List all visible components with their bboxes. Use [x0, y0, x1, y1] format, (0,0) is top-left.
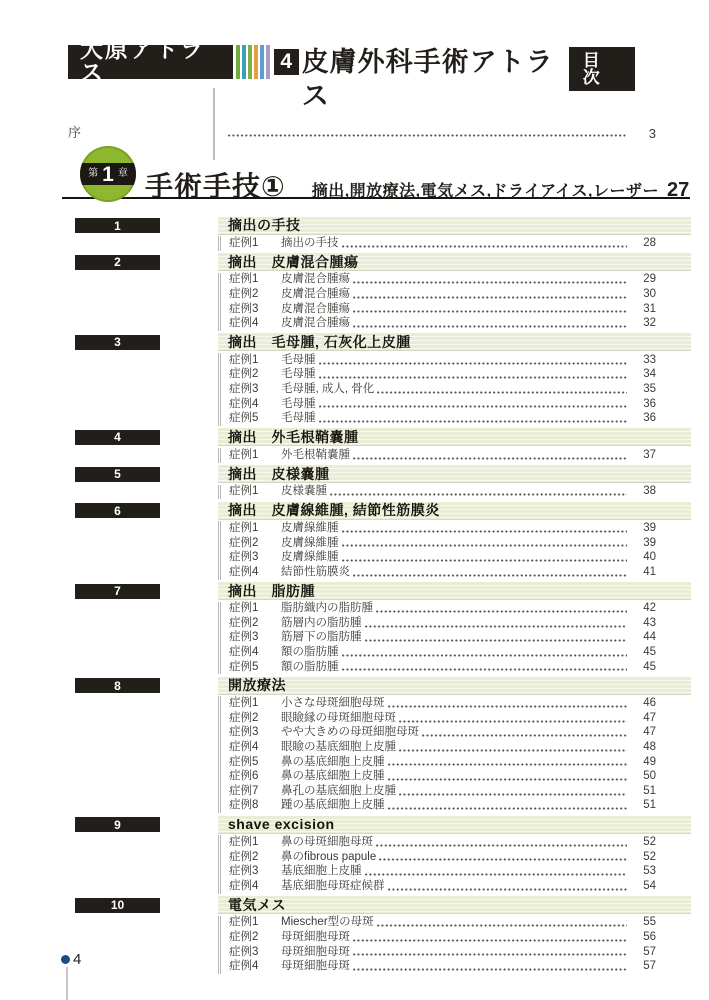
section-header: 6 摘出 皮膚線維腫, 結節性筋膜炎 [75, 502, 709, 519]
header-bar: 大原アトラス 4 皮膚外科手術アトラス 目次 [68, 45, 709, 113]
section-title-band: 摘出の手技 [218, 217, 691, 235]
brand-title: 大原アトラス [68, 45, 233, 79]
dotted-leader [352, 280, 627, 285]
case-page: 39 [632, 537, 656, 551]
cases-list: 症例1 皮膚線維腫 39 症例2 皮膚線維腫 39 症例3 皮膚線維腫 40 症… [218, 521, 656, 579]
section-title-band: 電気メス [218, 896, 691, 914]
section-title-band: 摘出 外毛根鞘嚢腫 [218, 428, 691, 446]
case-title: 毛母腫 [281, 412, 316, 426]
section-title: 開放療法 [228, 678, 286, 692]
case-row: 症例1 外毛根鞘嚢腫 37 [229, 448, 656, 463]
brand-stripe [236, 45, 240, 79]
case-title: 母斑細胞母斑 [281, 946, 350, 960]
case-label: 症例1 [229, 237, 281, 251]
case-title: 皮膚混合腫瘍 [281, 288, 350, 302]
section-number-badge: 4 [75, 430, 160, 445]
case-row: 症例1 毛母腫 33 [229, 353, 656, 368]
case-row: 症例2 母斑細胞母斑 56 [229, 930, 656, 945]
case-row: 症例3 毛母腫, 成人, 骨化 35 [229, 382, 656, 397]
toc-section: 6 摘出 皮膚線維腫, 結節性筋膜炎 症例1 皮膚線維腫 39 症例2 皮膚線維… [0, 502, 709, 579]
case-row: 症例2 皮膚線維腫 39 [229, 536, 656, 551]
case-title: 踵の基底細胞上皮腫 [281, 799, 385, 813]
section-header: 7 摘出 脂肪腫 [75, 583, 709, 600]
toc-section: 5 摘出 皮様嚢腫 症例1 皮様嚢腫 38 [0, 466, 709, 500]
cases-list: 症例1 摘出の手技 28 [218, 236, 656, 251]
case-title: 皮膚線維腫 [281, 522, 339, 536]
case-title: 皮膚線維腫 [281, 537, 339, 551]
section-number-badge: 5 [75, 467, 160, 482]
case-label: 症例4 [229, 741, 281, 755]
section-header: 1 摘出の手技 [75, 217, 709, 234]
brand-stripe [260, 45, 264, 79]
case-label: 症例5 [229, 661, 281, 675]
chapter-badge-prefix: 第 [88, 169, 98, 179]
case-label: 症例2 [229, 537, 281, 551]
case-label: 症例4 [229, 880, 281, 894]
case-row: 症例3 皮膚混合腫瘍 31 [229, 302, 656, 317]
case-label: 症例1 [229, 522, 281, 536]
case-title: 毛母腫 [281, 368, 316, 382]
case-title: 毛母腫 [281, 398, 316, 412]
dotted-leader [375, 609, 627, 614]
dotted-leader [352, 295, 627, 300]
case-label: 症例1 [229, 354, 281, 368]
case-page: 31 [632, 303, 656, 317]
case-row: 症例4 結節性筋膜炎 41 [229, 565, 656, 580]
dotted-leader [341, 543, 628, 548]
case-title: 毛母腫, 成人, 骨化 [281, 383, 374, 397]
case-label: 症例2 [229, 931, 281, 945]
section-header: 5 摘出 皮様嚢腫 [75, 466, 709, 483]
dotted-leader [341, 529, 628, 534]
case-page: 28 [632, 237, 656, 251]
case-page: 43 [632, 617, 656, 631]
case-title: 結節性筋膜炎 [281, 566, 350, 580]
section-title: 摘出 皮膚線維腫, 結節性筋膜炎 [228, 503, 440, 517]
section-title: 摘出 外毛根鞘嚢腫 [228, 430, 359, 444]
case-page: 29 [632, 273, 656, 287]
section-number-badge: 2 [75, 255, 160, 270]
dotted-leader [387, 806, 628, 811]
dotted-leader [375, 843, 627, 848]
dotted-leader [364, 638, 628, 643]
dotted-leader [387, 777, 628, 782]
section-header: 3 摘出 毛母腫, 石灰化上皮腫 [75, 334, 709, 351]
case-label: 症例3 [229, 631, 281, 645]
case-label: 症例2 [229, 851, 281, 865]
toc-badge: 目次 [569, 47, 635, 91]
case-title: 皮膚混合腫瘍 [281, 303, 350, 317]
case-title: 鼻の基底細胞上皮腫 [281, 756, 385, 770]
case-title: 鼻の母斑細胞母斑 [281, 836, 373, 850]
section-header: 8 開放療法 [75, 677, 709, 694]
brand-stripe [248, 45, 252, 79]
case-row: 症例3 皮膚線維腫 40 [229, 550, 656, 565]
case-page: 41 [632, 566, 656, 580]
case-label: 症例5 [229, 412, 281, 426]
page-marker-dot-icon [61, 955, 70, 964]
section-header: 2 摘出 皮膚混合腫瘍 [75, 254, 709, 271]
chapter-rule [62, 197, 690, 199]
case-row: 症例6 鼻の基底細胞上皮腫 50 [229, 769, 656, 784]
section-title: 摘出の手技 [228, 218, 301, 232]
preface-row: 序 3 [68, 125, 656, 141]
chapter-heading: 第 1 章 手術手技① 摘出,開放療法,電気メス,ドライアイス,レーザー 27 [68, 149, 709, 201]
section-number-badge: 1 [75, 218, 160, 233]
case-label: 症例6 [229, 770, 281, 784]
case-page: 57 [632, 960, 656, 974]
dotted-leader [352, 573, 627, 578]
section-number-badge: 9 [75, 817, 160, 832]
dotted-leader [352, 967, 627, 972]
case-label: 症例1 [229, 916, 281, 930]
case-label: 症例1 [229, 602, 281, 616]
cases-list: 症例1 Miescher型の母斑 55 症例2 母斑細胞母斑 56 症例3 母斑… [218, 916, 656, 974]
brand-stripes [236, 45, 270, 79]
case-label: 症例2 [229, 712, 281, 726]
case-row: 症例4 基底細胞母斑症候群 54 [229, 879, 656, 894]
toc-section: 1 摘出の手技 症例1 摘出の手技 28 [0, 217, 709, 251]
cases-list: 症例1 毛母腫 33 症例2 毛母腫 34 症例3 毛母腫, 成人, 骨化 35… [218, 353, 656, 426]
toc-section: 7 摘出 脂肪腫 症例1 脂肪織内の脂肪腫 42 症例2 筋層内の脂肪腫 43 … [0, 583, 709, 675]
case-label: 症例4 [229, 398, 281, 412]
case-page: 44 [632, 631, 656, 645]
case-row: 症例2 筋層内の脂肪腫 43 [229, 616, 656, 631]
dotted-leader [352, 324, 627, 329]
cases-list: 症例1 小さな母斑細胞母斑 46 症例2 眼瞼縁の母斑細胞母斑 47 症例3 や… [218, 696, 656, 813]
cases-list: 症例1 脂肪織内の脂肪腫 42 症例2 筋層内の脂肪腫 43 症例3 筋層下の脂… [218, 602, 656, 675]
case-title: 母斑細胞母斑 [281, 931, 350, 945]
chapter-badge-suffix: 章 [118, 169, 128, 179]
case-label: 症例1 [229, 485, 281, 499]
case-row: 症例1 Miescher型の母斑 55 [229, 916, 656, 931]
case-label: 症例5 [229, 756, 281, 770]
cases-list: 症例1 皮様嚢腫 38 [218, 485, 656, 500]
case-row: 症例1 皮膚線維腫 39 [229, 521, 656, 536]
section-number-badge: 8 [75, 678, 160, 693]
case-label: 症例1 [229, 836, 281, 850]
case-label: 症例1 [229, 273, 281, 287]
case-title: やや大きめの母斑細胞母斑 [281, 726, 419, 740]
case-page: 53 [632, 865, 656, 879]
chapter-badge: 第 1 章 [80, 146, 136, 202]
toc-section: 3 摘出 毛母腫, 石灰化上皮腫 症例1 毛母腫 33 症例2 毛母腫 34 症… [0, 334, 709, 426]
case-label: 症例3 [229, 551, 281, 565]
section-title-band: 摘出 皮様嚢腫 [218, 465, 691, 483]
case-label: 症例3 [229, 946, 281, 960]
case-page: 35 [632, 383, 656, 397]
section-header: 9 shave excision [75, 816, 709, 833]
case-page: 45 [632, 646, 656, 660]
dotted-leader [352, 938, 627, 943]
case-label: 症例4 [229, 317, 281, 331]
case-label: 症例3 [229, 303, 281, 317]
case-page: 42 [632, 602, 656, 616]
case-page: 36 [632, 412, 656, 426]
case-page: 57 [632, 946, 656, 960]
case-label: 症例4 [229, 646, 281, 660]
dotted-leader [376, 390, 627, 395]
case-row: 症例2 皮膚混合腫瘍 30 [229, 287, 656, 302]
case-row: 症例3 筋層下の脂肪腫 44 [229, 631, 656, 646]
case-row: 症例8 踵の基底細胞上皮腫 51 [229, 799, 656, 814]
case-title: 脂肪織内の脂肪腫 [281, 602, 373, 616]
section-title-band: 摘出 脂肪腫 [218, 582, 691, 600]
case-title: 毛母腫 [281, 354, 316, 368]
case-row: 症例5 毛母腫 36 [229, 411, 656, 426]
section-title-band: 摘出 皮膚線維腫, 結節性筋膜炎 [218, 502, 691, 520]
case-row: 症例4 母斑細胞母斑 57 [229, 959, 656, 974]
dotted-leader [352, 456, 627, 461]
chapter-badge-number: 1 [102, 164, 114, 185]
section-number-badge: 10 [75, 898, 160, 913]
footer: 4 [61, 951, 81, 968]
chapter-badge-band: 第 1 章 [80, 163, 136, 185]
dotted-leader [227, 133, 627, 138]
case-row: 症例4 皮膚混合腫瘍 32 [229, 316, 656, 331]
case-row: 症例3 やや大きめの母斑細胞母斑 47 [229, 726, 656, 741]
case-label: 症例4 [229, 960, 281, 974]
cases-list: 症例1 皮膚混合腫瘍 29 症例2 皮膚混合腫瘍 30 症例3 皮膚混合腫瘍 3… [218, 273, 656, 331]
case-title: 鼻の基底細胞上皮腫 [281, 770, 385, 784]
case-label: 症例8 [229, 799, 281, 813]
case-title: 皮様嚢腫 [281, 485, 327, 499]
section-title-band: 摘出 皮膚混合腫瘍 [218, 253, 691, 271]
case-row: 症例5 額の脂肪腫 45 [229, 660, 656, 675]
case-row: 症例2 毛母腫 34 [229, 368, 656, 383]
case-row: 症例1 皮様嚢腫 38 [229, 485, 656, 500]
case-label: 症例2 [229, 368, 281, 382]
case-row: 症例3 基底細胞上皮腫 53 [229, 864, 656, 879]
brand-stripe [254, 45, 258, 79]
case-page: 54 [632, 880, 656, 894]
case-page: 37 [632, 449, 656, 463]
dotted-leader [341, 667, 628, 672]
preface-label: 序 [68, 122, 225, 141]
case-label: 症例4 [229, 566, 281, 580]
dotted-leader [376, 923, 627, 928]
case-page: 40 [632, 551, 656, 565]
case-row: 症例2 眼瞼縁の母斑細胞母斑 47 [229, 711, 656, 726]
case-page: 49 [632, 756, 656, 770]
dotted-leader [318, 404, 628, 409]
case-row: 症例3 母斑細胞母斑 57 [229, 945, 656, 960]
dotted-leader [387, 887, 628, 892]
case-title: 筋層内の脂肪腫 [281, 617, 362, 631]
case-page: 39 [632, 522, 656, 536]
case-page: 33 [632, 354, 656, 368]
case-page: 34 [632, 368, 656, 382]
dotted-leader [341, 558, 628, 563]
case-label: 症例3 [229, 726, 281, 740]
section-title: 摘出 皮様嚢腫 [228, 467, 330, 481]
case-title: 額の脂肪腫 [281, 646, 339, 660]
dotted-leader [352, 952, 627, 957]
section-title: shave excision [228, 817, 335, 831]
case-row: 症例1 小さな母斑細胞母斑 46 [229, 696, 656, 711]
dotted-leader [421, 733, 627, 738]
section-title: 摘出 脂肪腫 [228, 584, 315, 598]
case-page: 52 [632, 836, 656, 850]
toc-sections: 1 摘出の手技 症例1 摘出の手技 28 2 摘出 皮膚混合腫瘍 症例1 皮膚混… [0, 217, 709, 974]
case-page: 32 [632, 317, 656, 331]
dotted-leader [364, 624, 628, 629]
case-title: 眼瞼の基底細胞上皮腫 [281, 741, 396, 755]
section-number-badge: 7 [75, 584, 160, 599]
case-title: 基底細胞上皮腫 [281, 865, 362, 879]
preface-page: 3 [632, 126, 656, 141]
case-row: 症例4 眼瞼の基底細胞上皮腫 48 [229, 740, 656, 755]
case-title: 眼瞼縁の母斑細胞母斑 [281, 712, 396, 726]
case-page: 55 [632, 916, 656, 930]
case-label: 症例1 [229, 449, 281, 463]
dotted-leader [318, 419, 628, 424]
dotted-leader [387, 762, 628, 767]
cases-list: 症例1 鼻の母斑細胞母斑 52 症例2 鼻のfibrous papule 52 … [218, 835, 656, 893]
case-title: 外毛根鞘嚢腫 [281, 449, 350, 463]
section-number-badge: 6 [75, 503, 160, 518]
toc-section: 4 摘出 外毛根鞘嚢腫 症例1 外毛根鞘嚢腫 37 [0, 429, 709, 463]
case-label: 症例1 [229, 697, 281, 711]
case-label: 症例2 [229, 288, 281, 302]
case-page: 48 [632, 741, 656, 755]
brand-stripe [266, 45, 270, 79]
dotted-leader [398, 719, 627, 724]
case-row: 症例7 鼻孔の基底細胞上皮腫 51 [229, 784, 656, 799]
case-row: 症例2 鼻のfibrous papule 52 [229, 850, 656, 865]
section-title-band: 開放療法 [218, 677, 691, 695]
case-row: 症例1 鼻の母斑細胞母斑 52 [229, 835, 656, 850]
case-page: 38 [632, 485, 656, 499]
case-page: 50 [632, 770, 656, 784]
case-page: 52 [632, 851, 656, 865]
case-page: 51 [632, 799, 656, 813]
dotted-leader [352, 309, 627, 314]
case-title: 母斑細胞母斑 [281, 960, 350, 974]
dotted-leader [341, 244, 628, 249]
case-title: 摘出の手技 [281, 237, 339, 251]
case-label: 症例7 [229, 785, 281, 799]
case-title: 皮膚混合腫瘍 [281, 273, 350, 287]
section-title: 摘出 毛母腫, 石灰化上皮腫 [228, 335, 411, 349]
volume-badge: 4 [274, 49, 299, 75]
dotted-leader [387, 704, 628, 709]
case-page: 36 [632, 398, 656, 412]
section-title-band: shave excision [218, 816, 691, 834]
case-row: 症例5 鼻の基底細胞上皮腫 49 [229, 755, 656, 770]
case-row: 症例1 摘出の手技 28 [229, 236, 656, 251]
cases-list: 症例1 外毛根鞘嚢腫 37 [218, 448, 656, 463]
case-page: 46 [632, 697, 656, 711]
case-label: 症例3 [229, 865, 281, 879]
case-row: 症例4 額の脂肪腫 45 [229, 645, 656, 660]
toc-section: 2 摘出 皮膚混合腫瘍 症例1 皮膚混合腫瘍 29 症例2 皮膚混合腫瘍 30 … [0, 254, 709, 331]
case-page: 51 [632, 785, 656, 799]
chapter-title: 手術手技① [145, 165, 286, 205]
section-header: 4 摘出 外毛根鞘嚢腫 [75, 429, 709, 446]
case-title: 額の脂肪腫 [281, 661, 339, 675]
case-title: 鼻のfibrous papule [281, 851, 376, 865]
case-page: 47 [632, 712, 656, 726]
dotted-leader [398, 792, 627, 797]
case-page: 56 [632, 931, 656, 945]
case-title: 筋層下の脂肪腫 [281, 631, 362, 645]
footer-page-number: 4 [73, 951, 81, 968]
case-title: 小さな母斑細胞母斑 [281, 697, 385, 711]
dotted-leader [341, 653, 628, 658]
case-label: 症例3 [229, 383, 281, 397]
section-title: 摘出 皮膚混合腫瘍 [228, 255, 359, 269]
toc-section: 8 開放療法 症例1 小さな母斑細胞母斑 46 症例2 眼瞼縁の母斑細胞母斑 4… [0, 677, 709, 813]
dotted-leader [318, 375, 628, 380]
case-row: 症例4 毛母腫 36 [229, 397, 656, 412]
case-page: 47 [632, 726, 656, 740]
section-title-band: 摘出 毛母腫, 石灰化上皮腫 [218, 333, 691, 351]
case-title: 皮膚線維腫 [281, 551, 339, 565]
toc-section: 9 shave excision 症例1 鼻の母斑細胞母斑 52 症例2 鼻のf… [0, 816, 709, 893]
case-page: 30 [632, 288, 656, 302]
case-title: 皮膚混合腫瘍 [281, 317, 350, 331]
dotted-leader [398, 748, 627, 753]
case-title: 基底細胞母斑症候群 [281, 880, 385, 894]
section-header: 10 電気メス [75, 897, 709, 914]
dotted-leader [318, 361, 628, 366]
case-title: Miescher型の母斑 [281, 916, 374, 930]
dotted-leader [329, 492, 627, 497]
dotted-leader [378, 857, 627, 862]
case-label: 症例2 [229, 617, 281, 631]
case-row: 症例1 皮膚混合腫瘍 29 [229, 273, 656, 288]
case-title: 鼻孔の基底細胞上皮腫 [281, 785, 396, 799]
section-title: 電気メス [228, 898, 286, 912]
case-page: 45 [632, 661, 656, 675]
book-title: 皮膚外科手術アトラス [302, 45, 569, 113]
case-row: 症例1 脂肪織内の脂肪腫 42 [229, 602, 656, 617]
toc-section: 10 電気メス 症例1 Miescher型の母斑 55 症例2 母斑細胞母斑 5… [0, 897, 709, 974]
section-number-badge: 3 [75, 335, 160, 350]
dotted-leader [364, 872, 628, 877]
brand-stripe [242, 45, 246, 79]
footer-vline [66, 967, 68, 1000]
